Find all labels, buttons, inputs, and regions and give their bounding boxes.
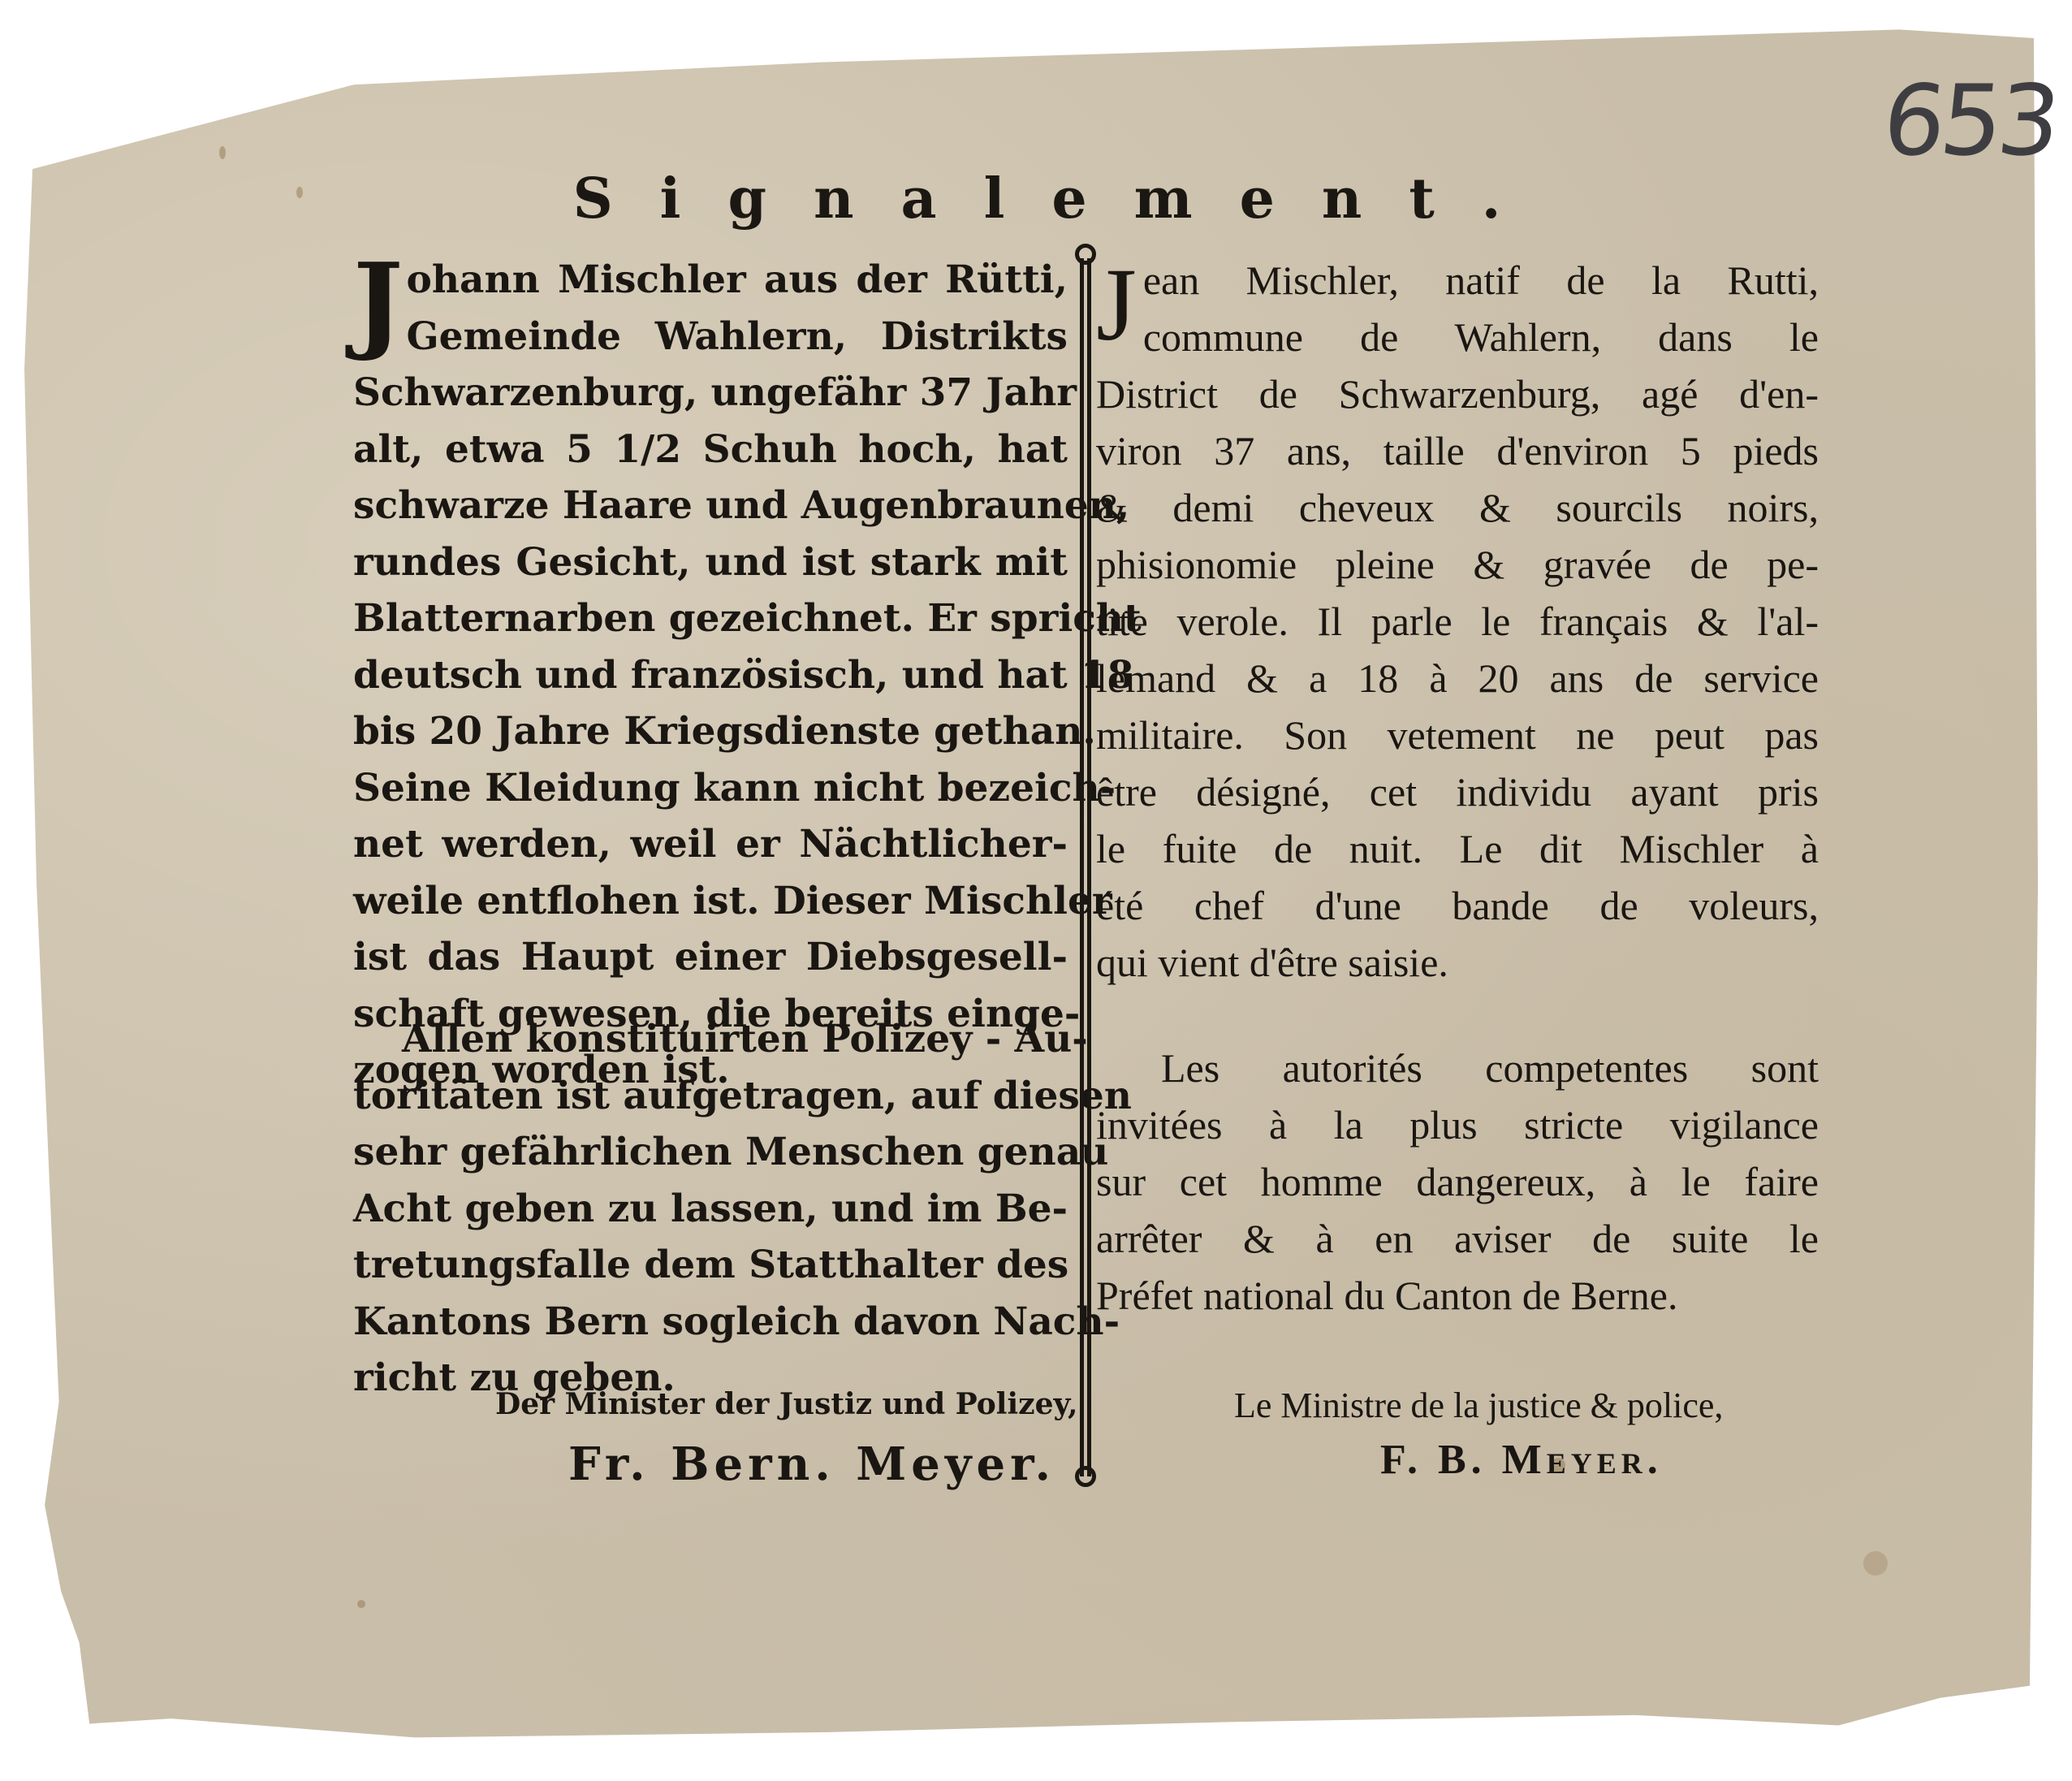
text-line: Kantons Bern sogleich davon Nach- — [353, 1294, 1068, 1351]
divider-ornament-bottom — [1075, 1466, 1096, 1487]
paper-stain — [219, 146, 226, 159]
text-line: rundes Gesicht, und ist stark mit — [353, 534, 1068, 591]
german-column: J ohann Mischler aus der Rütti, Gemeinde… — [353, 252, 1068, 1099]
handwritten-archive-number: 653 — [1878, 65, 2061, 178]
text-line: Allen konstituirten Polizey - Au- — [353, 1011, 1068, 1068]
text-line: weile entflohen ist. Dieser Mischler — [353, 873, 1068, 930]
text-line: ohann Mischler aus der Rütti, — [353, 252, 1068, 309]
german-paragraph-2: Allen konstituirten Polizey - Au- toritä… — [353, 1011, 1068, 1407]
german-dropcap: J — [353, 253, 404, 351]
text-line: viron 37 ans, taille d'environ 5 pieds — [1096, 422, 1819, 479]
text-line: District de Schwarzenburg, agé d'en- — [1096, 365, 1819, 422]
text-line: Seine Kleidung kann nicht bezeich- — [353, 760, 1068, 817]
text-line: sur cet homme dangereux, à le faire — [1096, 1153, 1819, 1210]
text-line: Schwarzenburg, ungefähr 37 Jahr — [353, 365, 1068, 421]
french-paragraph-2: Les autorités competentes sont invitées … — [1096, 1040, 1819, 1324]
text-line: bis 20 Jahre Kriegsdienste gethan. — [353, 703, 1068, 760]
text-line: sehr gefährlichen Menschen genau — [353, 1124, 1068, 1181]
french-paragraph-1: ean Mischler, natif de la Rutti, commune… — [1096, 252, 1819, 991]
text-line: net werden, weil er Nächtlicher- — [353, 816, 1068, 873]
paper-stain — [1863, 1551, 1888, 1576]
column-divider-rule — [1080, 258, 1091, 1476]
text-line: militaire. Son vetement ne peut pas — [1096, 707, 1819, 763]
text-line: phisionomie pleine & gravée de pe- — [1096, 536, 1819, 593]
german-signature-role: Der Minister der Justiz und Polizey, — [495, 1387, 1078, 1421]
text-line: & demi cheveux & sourcils noirs, — [1096, 479, 1819, 536]
text-line: Gemeinde Wahlern, Distrikts — [353, 309, 1068, 365]
text-line: Préfet national du Canton de Berne. — [1096, 1267, 1819, 1324]
text-line: commune de Wahlern, dans le — [1096, 309, 1819, 365]
text-line: schwarze Haare und Augenbraunen, — [353, 478, 1068, 534]
text-line: tretungsfalle dem Statthalter des — [353, 1237, 1068, 1294]
french-dropcap: J — [1096, 257, 1137, 352]
text-line: arrêter & à en aviser de suite le — [1096, 1210, 1819, 1267]
text-line: Acht geben zu lassen, und im Be- — [353, 1181, 1068, 1238]
text-line: ist das Haupt einer Diebsgesell- — [353, 929, 1068, 986]
text-line: deutsch und französisch, und hat 18 — [353, 647, 1068, 704]
german-signature-name: Fr. Bern. Meyer. — [568, 1437, 1055, 1491]
french-signature-role: Le Ministre de la justice & police, — [1234, 1385, 1723, 1426]
german-paragraph-1: ohann Mischler aus der Rütti, Gemeinde W… — [353, 252, 1068, 1099]
text-line: toritäten ist aufgetragen, auf diesen — [353, 1068, 1068, 1125]
document-title: Signalement. — [0, 166, 2072, 231]
text-line: qui vient d'être saisie. — [1096, 934, 1819, 991]
french-column: J ean Mischler, natif de la Rutti, commu… — [1096, 252, 1819, 991]
text-line: été chef d'une bande de voleurs, — [1096, 877, 1819, 934]
text-line: alt, etwa 5 1/2 Schuh hoch, hat — [353, 421, 1068, 478]
text-line: être désigné, cet individu ayant pris — [1096, 763, 1819, 820]
french-signature-name: F. B. Meyer. — [1380, 1436, 1663, 1484]
text-line: Blatternarben gezeichnet. Er spricht — [353, 590, 1068, 647]
text-line: tite verole. Il parle le français & l'al… — [1096, 593, 1819, 650]
text-line: ean Mischler, natif de la Rutti, — [1096, 252, 1819, 309]
text-line: lemand & a 18 à 20 ans de service — [1096, 650, 1819, 707]
paper-stain — [357, 1600, 365, 1608]
text-line: invitées à la plus stricte vigilance — [1096, 1096, 1819, 1153]
text-line: le fuite de nuit. Le dit Mischler à — [1096, 820, 1819, 877]
text-line: Les autorités competentes sont — [1096, 1040, 1819, 1096]
